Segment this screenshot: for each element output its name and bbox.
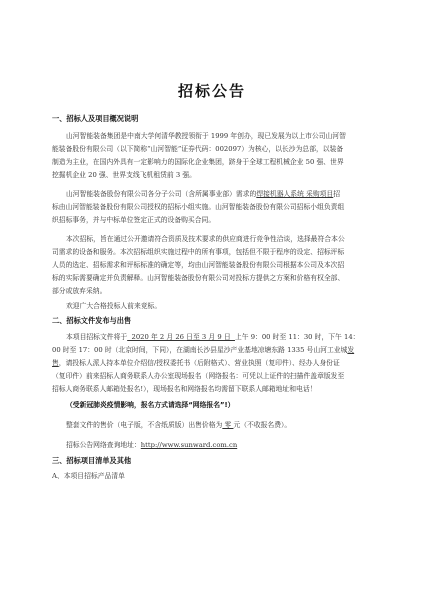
section-3-heading: 三、招标项目清单及其他 — [52, 456, 131, 466]
website-line: 招标公告网络查询地址：http://www.sunward.com.cn — [52, 440, 376, 450]
s1-p3-line-5: 部分或放弃采纳。 — [52, 286, 376, 296]
section-2-heading: 二、招标文件发布与出售 — [52, 316, 131, 326]
s2-p1-prefix: 本项目招标文件将于 — [66, 333, 127, 341]
price-suffix: 元（不收报名费）。 — [233, 421, 291, 429]
section-1-heading: 一、招标人及项目概况说明 — [52, 114, 138, 124]
s1-p2-line-3: 织招标事务，并与中标单位签定正式的设备购买合同。 — [52, 215, 376, 225]
s1-p4: 欢迎广大合格投标人前来竞标。 — [52, 301, 376, 311]
s2-p1-line-2: 00 时至 17：00 时（北京时间，下同），在湖南长沙县星沙产业基地凉塘东路 … — [52, 345, 376, 355]
sale-underlined-1: 发 — [347, 346, 354, 354]
s1-p2-prefix: 山河智能装备股份有限公司各分子公司（含所属事业部）需求的 — [66, 190, 256, 198]
s1-p2-line-1: 山河智能装备股份有限公司各分子公司（含所属事业部）需求的焊接机器人系统 采购项目… — [52, 189, 376, 199]
s1-p2-line-2: 标由山河智能装备股份有限公司授权的招标小组实施。山河智能装备股份有限公司招标小组… — [52, 202, 376, 212]
s1-p1-line-4: 挖掘机企业 20 强、世界支线飞机租赁前 3 强。 — [52, 170, 376, 180]
s1-p3-line-1: 本次招标，旨在通过公开邀请符合资质及技术要求的供应商进行竞争性洽谈，选择最符合本… — [52, 234, 376, 244]
required-docs: ，请投标人派人持本单位介绍信/授权委托书（后附格式）、营业执照（复印件）、经办人… — [59, 359, 340, 367]
s3-item-a: A、本项目招标产品清单 — [52, 471, 376, 481]
s2-p1-line-5: 招标人商务联系人邮箱处报名!），现场报名和网络报名均需留下联系人邮箱地址和电话！ — [52, 384, 376, 394]
price-label: 整套文件的售价（电子版，不含纸质版）出售价格为 — [66, 421, 222, 429]
s1-p2-suffix: 招 — [333, 190, 340, 198]
s1-p1-line-3: 制造为主业，在国内外具有一定影响力的国际化企业集团，跻身于全球工程机械企业 50… — [52, 157, 376, 167]
s2-p1-line-4: （复印件）前来招标人商务联系人办公室现场报名（网络报名：可凭以上证件的扫描件盖章… — [52, 371, 376, 381]
s1-p3-line-3: 人员的选定、招标需求和评标标准的确定等，均由山河智能装备股份有限公司根据本公司及… — [52, 260, 376, 270]
sale-underlined-2: 售 — [52, 359, 59, 367]
s1-p1-line-2: 能装备股份有限公司（以下简称“山河智能”证券代码：002097）为核心，以长沙为… — [52, 144, 376, 154]
sale-hours: 上午 9：00 时至 11：30 时，下午 14： — [235, 333, 360, 341]
price-line: 整套文件的售价（电子版，不含纸质版）出售价格为 零 元（不收报名费）。 — [52, 420, 376, 430]
website-label: 招标公告网络查询地址： — [66, 441, 141, 449]
covid-notice: （受新冠肺炎疫情影响，报名方式请选择“网络报名”!） — [52, 400, 376, 410]
project-name: 焊接机器人系统 采购项目 — [256, 190, 333, 198]
website-link[interactable]: http://www.sunward.com.cn — [141, 441, 237, 449]
s1-p3-line-4: 标的实际需要确定并负责解释。山河智能装备股份有限公司对投标方提供之方案和价格有权… — [52, 273, 376, 283]
s2-p1-line-1: 本项目招标文件将于 2020 年 2 月 26 日至 3 月 9 日 上午 9：… — [52, 332, 376, 342]
s1-p3-line-2: 司需求的设备和服务。本次招标组织实施过程中的所有事项，包括但不限于程序的设定、招… — [52, 247, 376, 257]
s1-p1-line-1: 山河智能装备集团是中南大学何清华教授领衔于 1999 年创办，现已发展为以上市公… — [52, 131, 376, 141]
sale-period: 2020 年 2 月 26 日至 3 月 9 日 — [127, 333, 235, 341]
page-title: 招标公告 — [0, 80, 424, 101]
sale-location: 00 时至 17：00 时（北京时间，下同），在湖南长沙县星沙产业基地凉塘东路 … — [52, 346, 347, 354]
document-page: 招标公告 一、招标人及项目概况说明 山河智能装备集团是中南大学何清华教授领衔于 … — [0, 0, 424, 600]
s2-p1-line-3: 售，请投标人派人持本单位介绍信/授权委托书（后附格式）、营业执照（复印件）、经办… — [52, 358, 376, 368]
price-value: 零 — [222, 421, 233, 429]
